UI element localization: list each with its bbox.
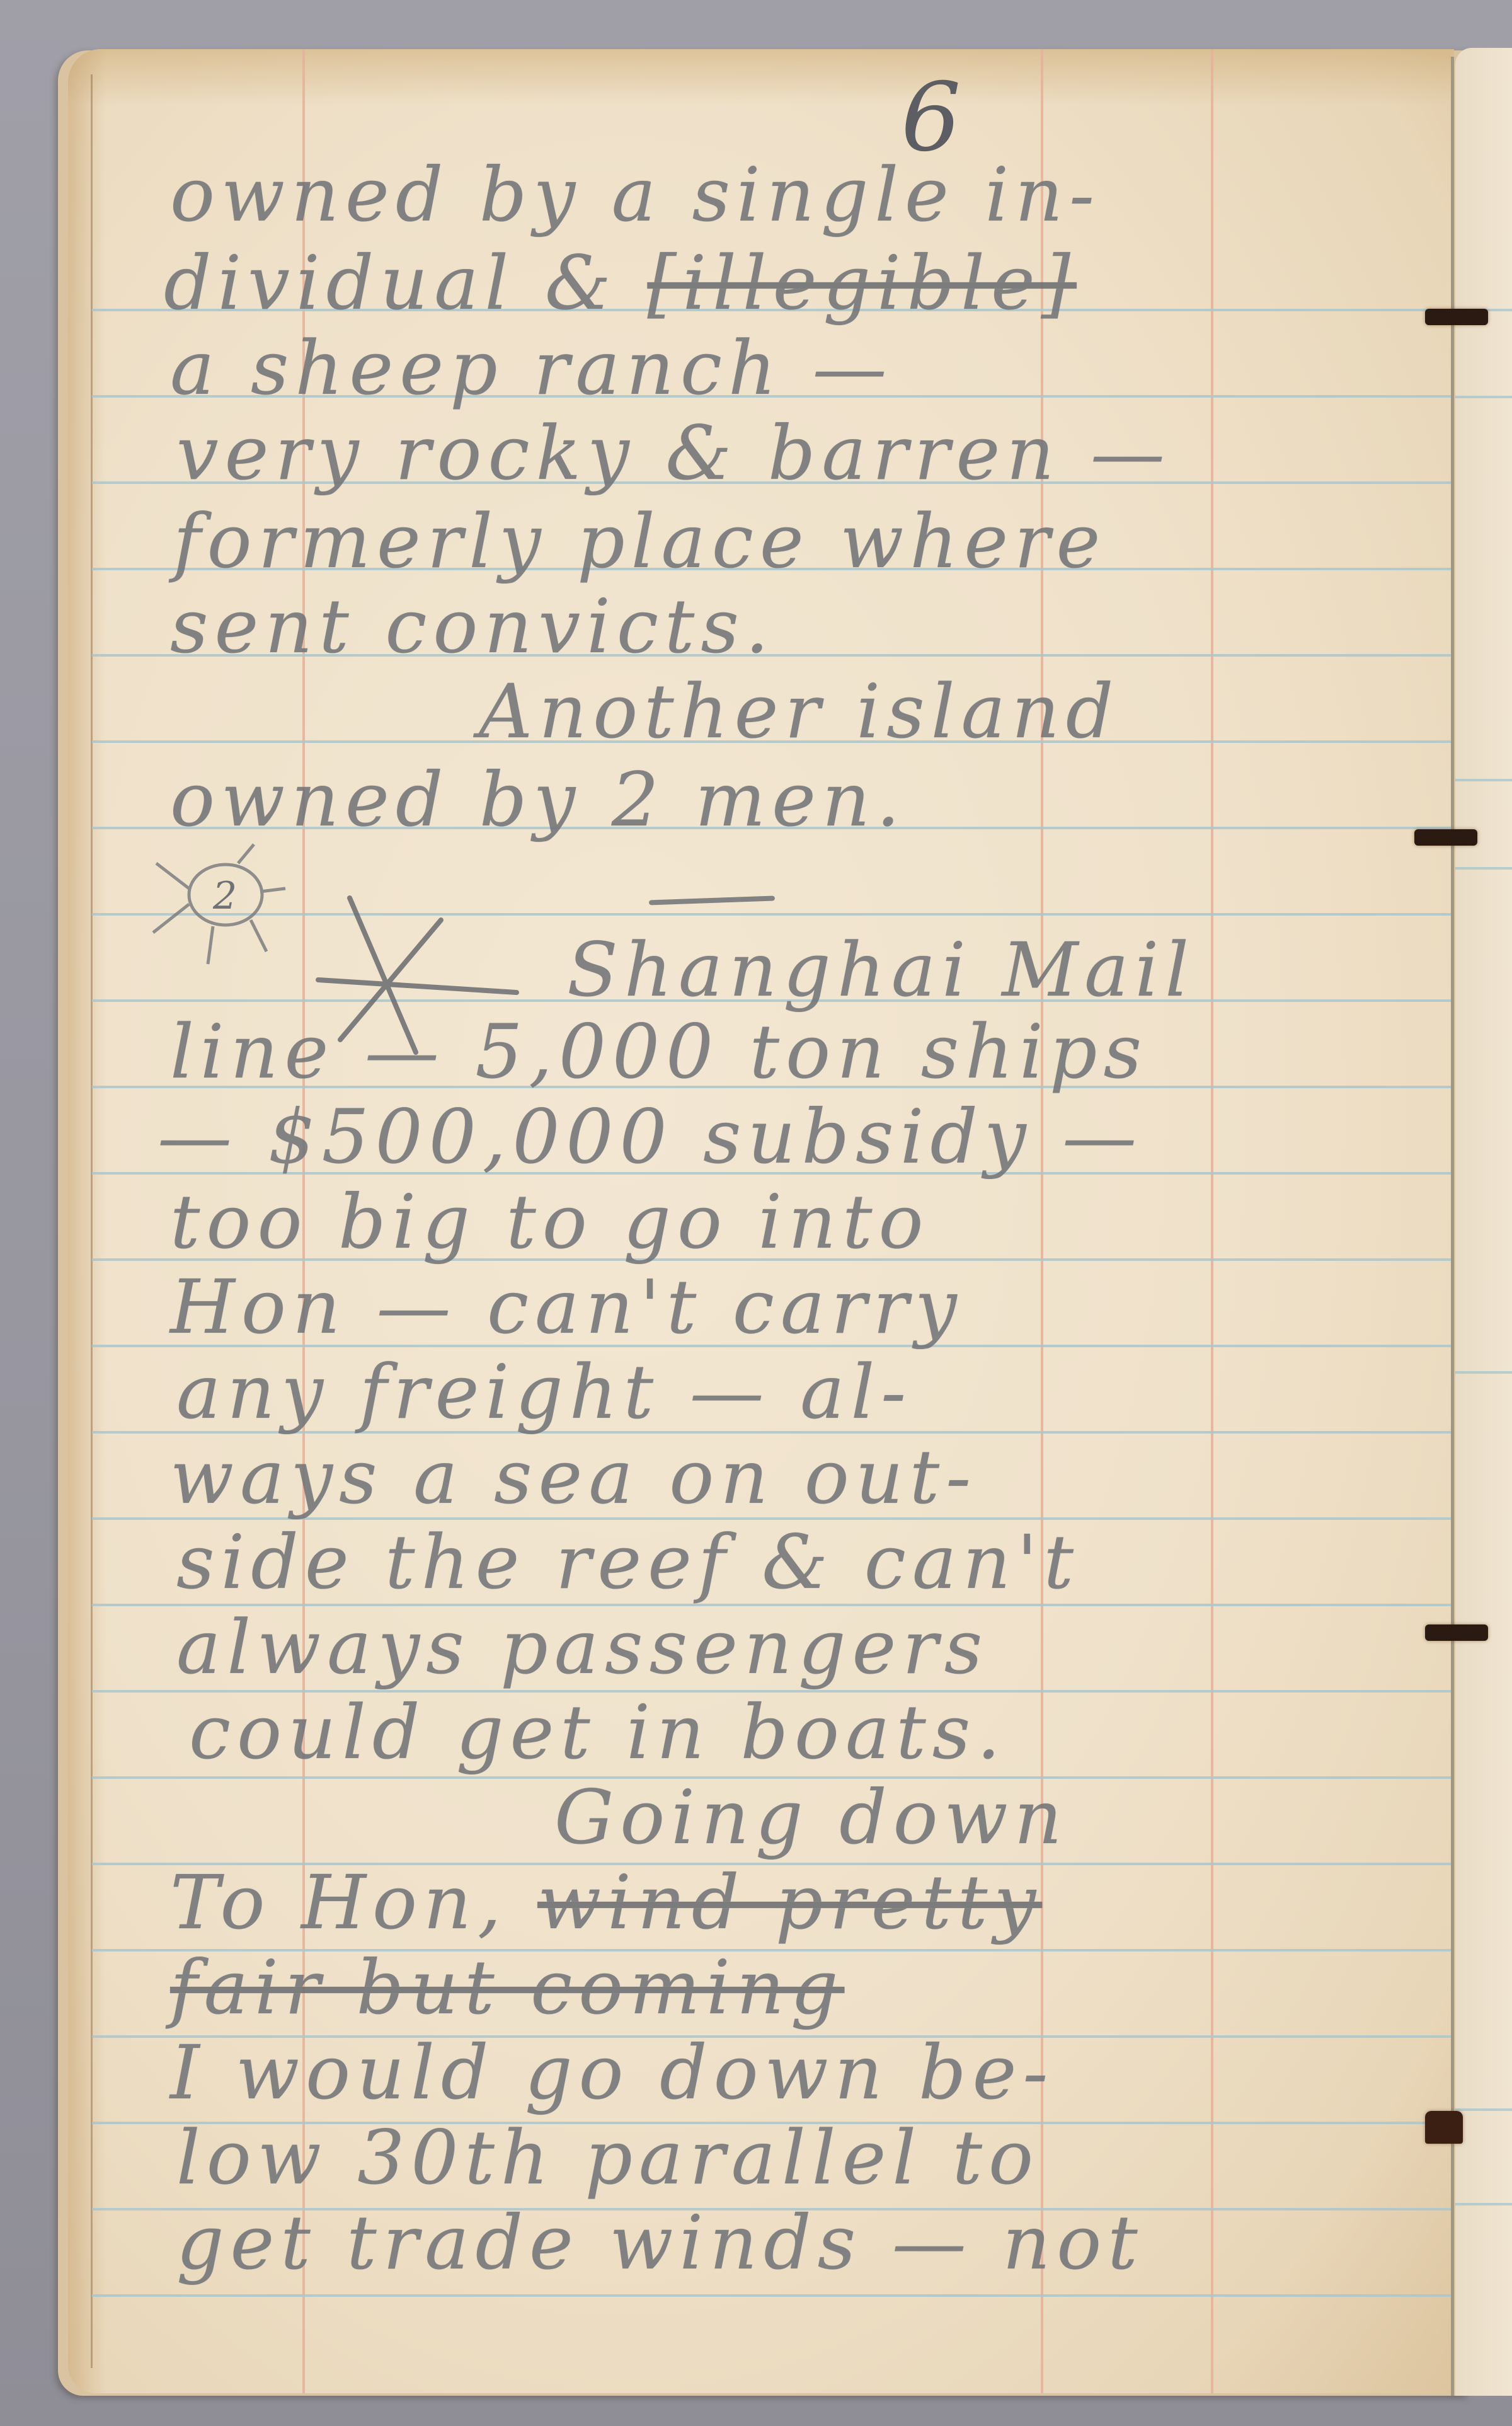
struck-text: fair but coming (170, 1944, 844, 2031)
handwritten-line: sent convicts. (170, 589, 775, 664)
paper-stain (68, 49, 106, 2393)
handwritten-line: Going down (554, 1780, 1068, 1854)
handwritten-line: low 30th parallel to (176, 2120, 1039, 2195)
handwritten-line: Hon — can't carry (170, 1270, 963, 1344)
handwritten-line: fair but coming (170, 1950, 844, 2025)
handwritten-line: side the reef & can't (176, 1525, 1080, 1599)
handwritten-line: a sheep ranch — (170, 331, 893, 405)
handwritten-line: any freight — al- (176, 1355, 912, 1429)
handwritten-line: dividual & [illegible] (164, 246, 1077, 320)
struck-text: wind pretty (537, 1859, 1042, 1946)
handwritten-line: ways a sea on out- (170, 1440, 977, 1514)
ruled-line (92, 2294, 1454, 2297)
handwritten-line: line — 5,000 ton ships (170, 1015, 1148, 1089)
svg-text:2: 2 (212, 874, 237, 918)
handwritten-line: very rocky & barren — (176, 416, 1171, 490)
facing-rule (1455, 1371, 1512, 1374)
handwritten-line: get trade winds — not (176, 2205, 1144, 2280)
ruled-line (92, 913, 1454, 916)
struck-text: [illegible] (647, 239, 1077, 326)
binding-hole (1425, 1624, 1488, 1641)
page-inner-edge (91, 74, 93, 2368)
handwritten-line: too big to go into (170, 1185, 930, 1259)
facing-rule (1455, 2203, 1512, 2205)
circled-number-sketch: 2 (150, 838, 289, 983)
margin-line-right-2 (1211, 49, 1213, 2393)
handwritten-line: owned by a single in- (170, 158, 1101, 232)
facing-rule (1455, 779, 1512, 781)
handwritten-line: To Hon, wind pretty (170, 1865, 1042, 1940)
handwritten-line: — $500,000 subsidy — (157, 1100, 1143, 1174)
binding-hole-torn (1425, 2111, 1463, 2144)
facing-rule (1455, 396, 1512, 398)
binding-hole (1414, 829, 1477, 846)
handwritten-line: could get in boats. (189, 1695, 1007, 1769)
handwritten-line: Shanghai Mail (567, 933, 1195, 1007)
handwritten-line: owned by 2 men. (170, 762, 906, 837)
handwritten-line: always passengers (176, 1610, 988, 1684)
facing-rule (1455, 867, 1512, 870)
binding-gutter (1451, 57, 1454, 2396)
facing-rule (1455, 2108, 1512, 2111)
paper-stain (68, 49, 1454, 106)
facing-page-strip (1455, 48, 1512, 2396)
handwritten-line: I would go down be- (170, 2035, 1054, 2110)
handwritten-line: Another island (479, 674, 1120, 749)
binding-hole (1425, 309, 1488, 325)
handwritten-line: formerly place where (173, 504, 1106, 578)
